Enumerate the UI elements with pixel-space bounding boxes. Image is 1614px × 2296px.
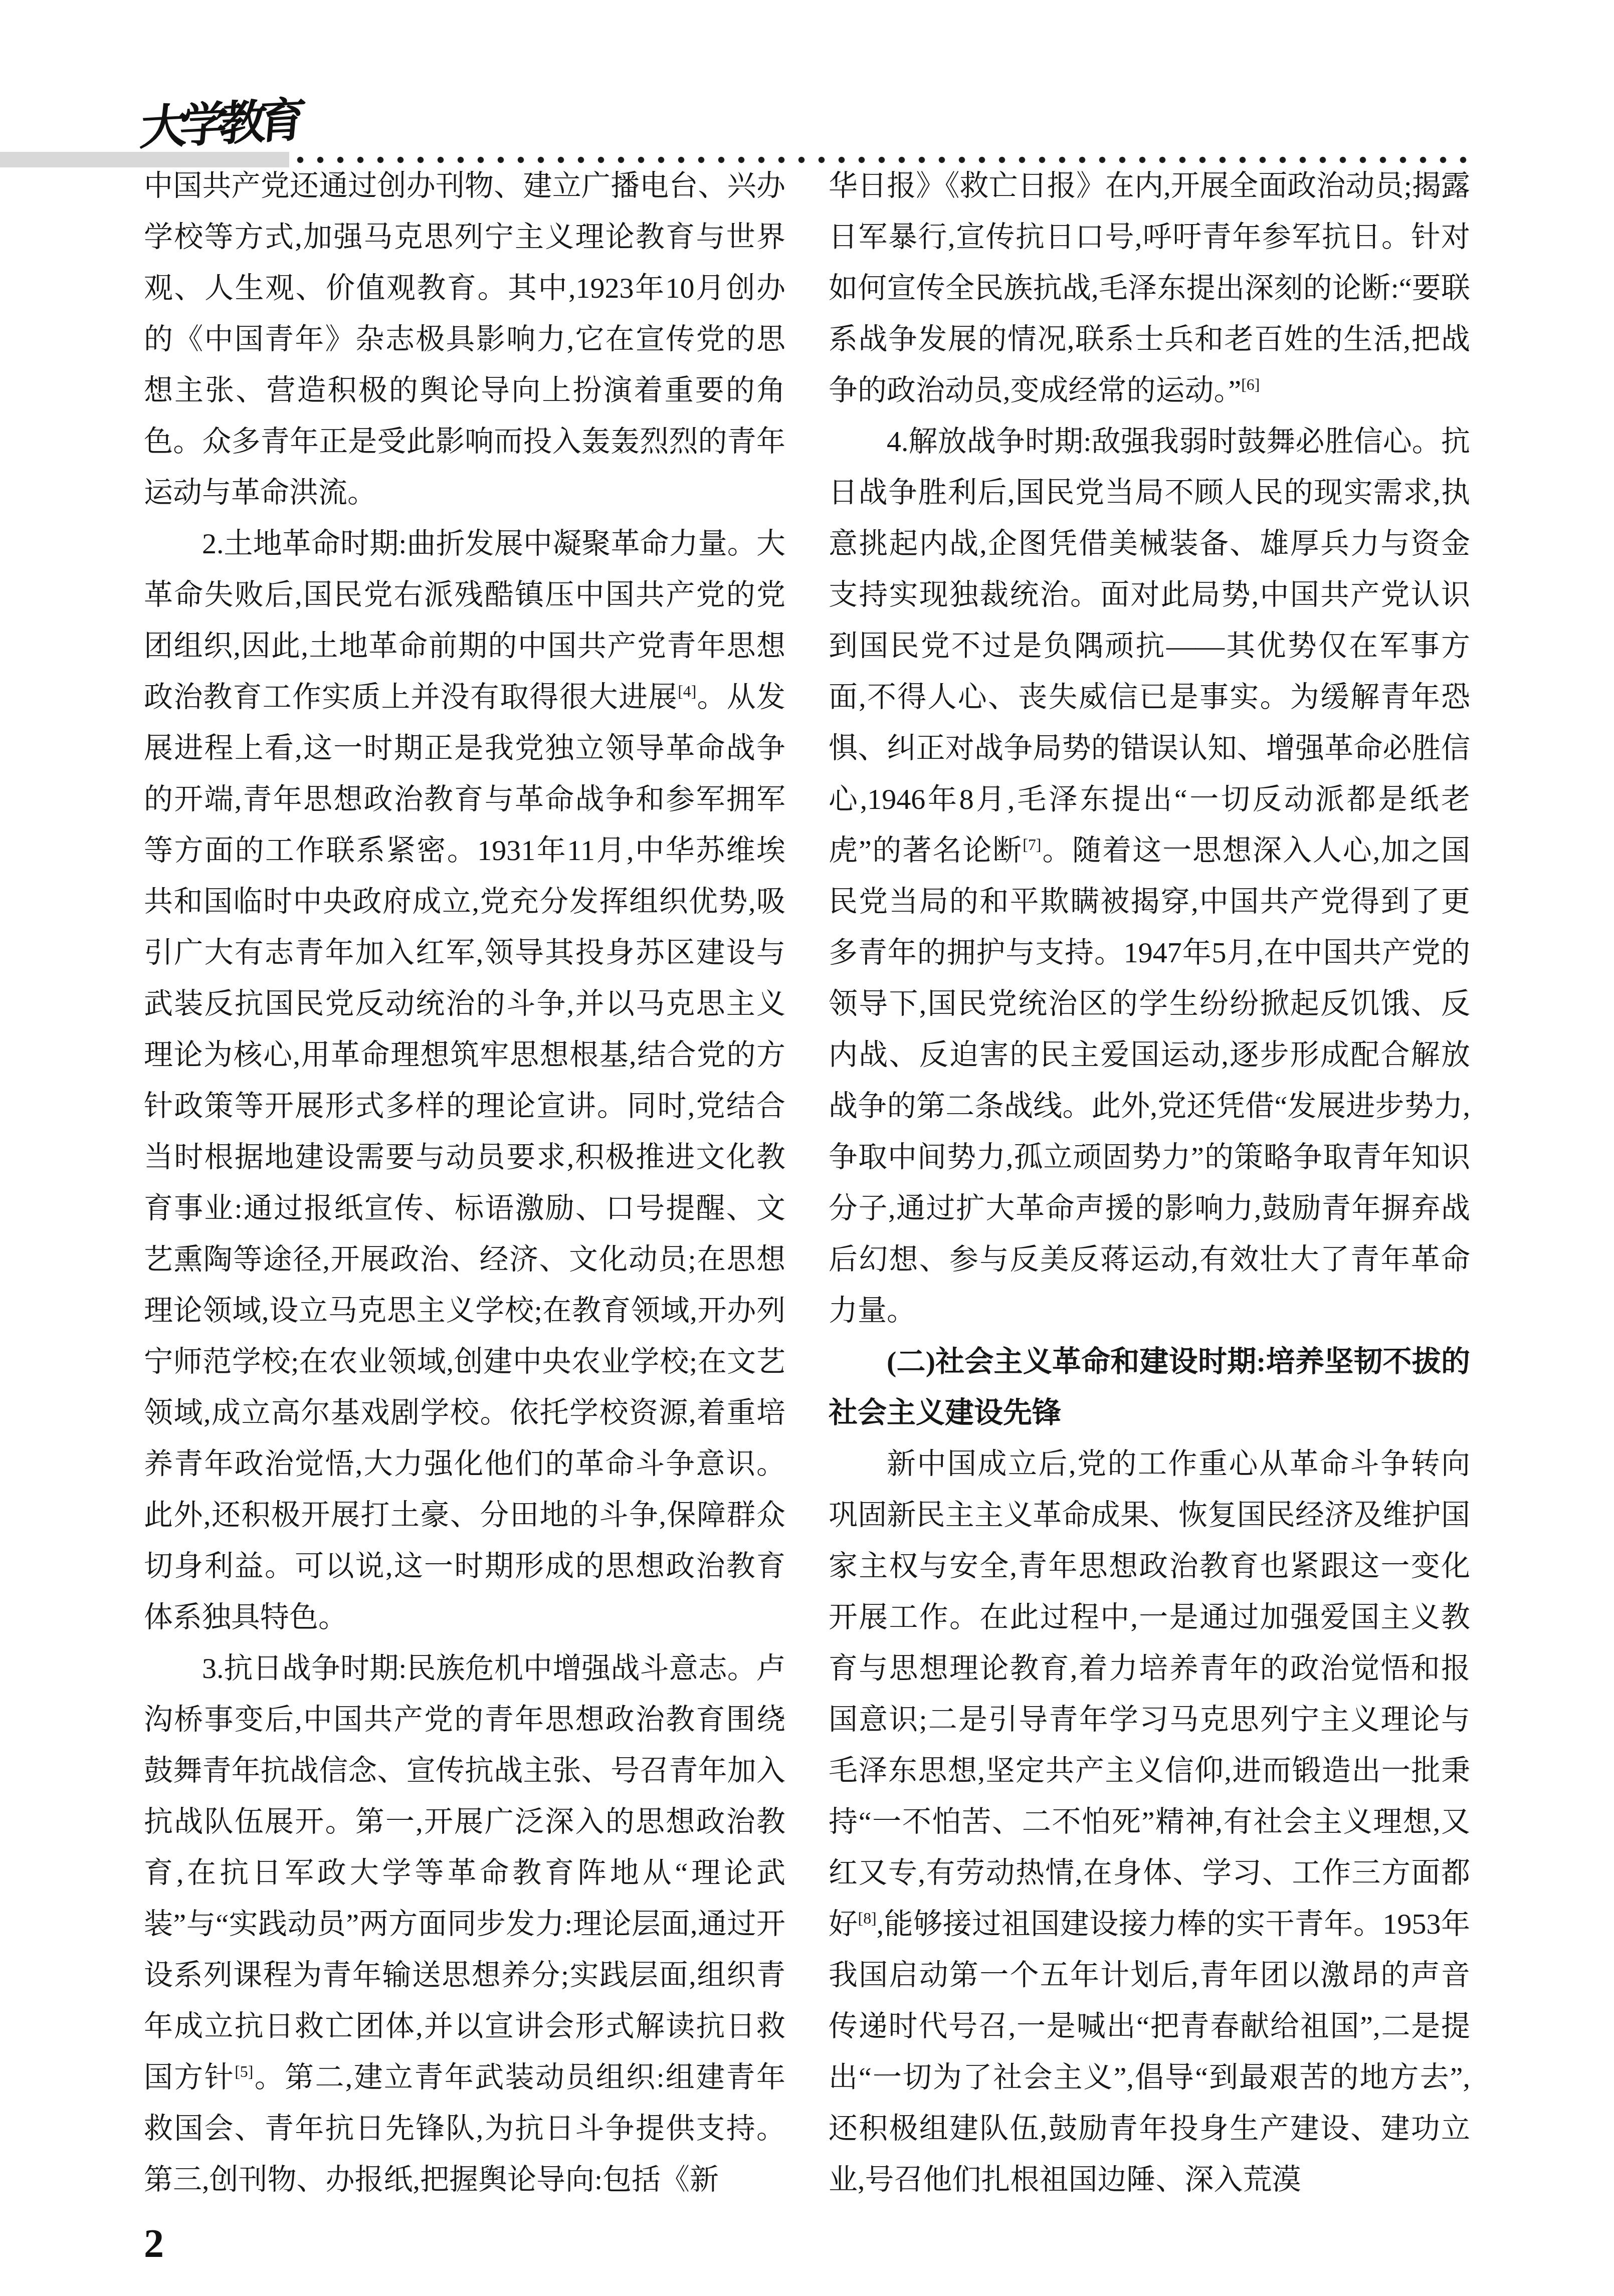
citation-ref: [8] (858, 1910, 877, 1927)
body-paragraph: 2.土地革命时期:曲折发展中凝聚革命力量。大革命失败后,国民党右派残酷镇压中国共… (144, 518, 785, 1643)
citation-ref: [7] (1023, 836, 1041, 854)
section-subheading: (二)社会主义革命和建设时期:培养坚韧不拔的社会主义建设先锋 (829, 1336, 1470, 1438)
right-text-column: 华日报》《救亡日报》在内,开展全面政治动员;揭露日军暴行,宣传抗日口号,呼吁青年… (829, 160, 1470, 2210)
body-paragraph: 华日报》《救亡日报》在内,开展全面政治动员;揭露日军暴行,宣传抗日口号,呼吁青年… (829, 160, 1470, 416)
body-paragraph: 3.抗日战争时期:民族危机中增强战斗意志。卢沟桥事变后,中国共产党的青年思想政治… (144, 1643, 785, 2205)
citation-ref: [5] (235, 2063, 253, 2080)
page-number: 2 (144, 2221, 164, 2267)
citation-ref: [4] (678, 683, 696, 700)
left-text-column: 中国共产党还通过创办刊物、建立广播电台、兴办学校等方式,加强马克思列宁主义理论教… (144, 160, 785, 2210)
body-paragraph: 4.解放战争时期:敌强我弱时鼓舞必胜信心。抗日战争胜利后,国民党当局不顾人民的现… (829, 416, 1470, 1336)
citation-ref: [6] (1241, 376, 1260, 393)
body-paragraph: 新中国成立后,党的工作重心从革命斗争转向巩固新民主主义革命成果、恢复国民经济及维… (829, 1438, 1470, 2205)
journal-logo: 大学教育 (138, 82, 301, 158)
body-paragraph: 中国共产党还通过创办刊物、建立广播电台、兴办学校等方式,加强马克思列宁主义理论教… (144, 160, 785, 518)
